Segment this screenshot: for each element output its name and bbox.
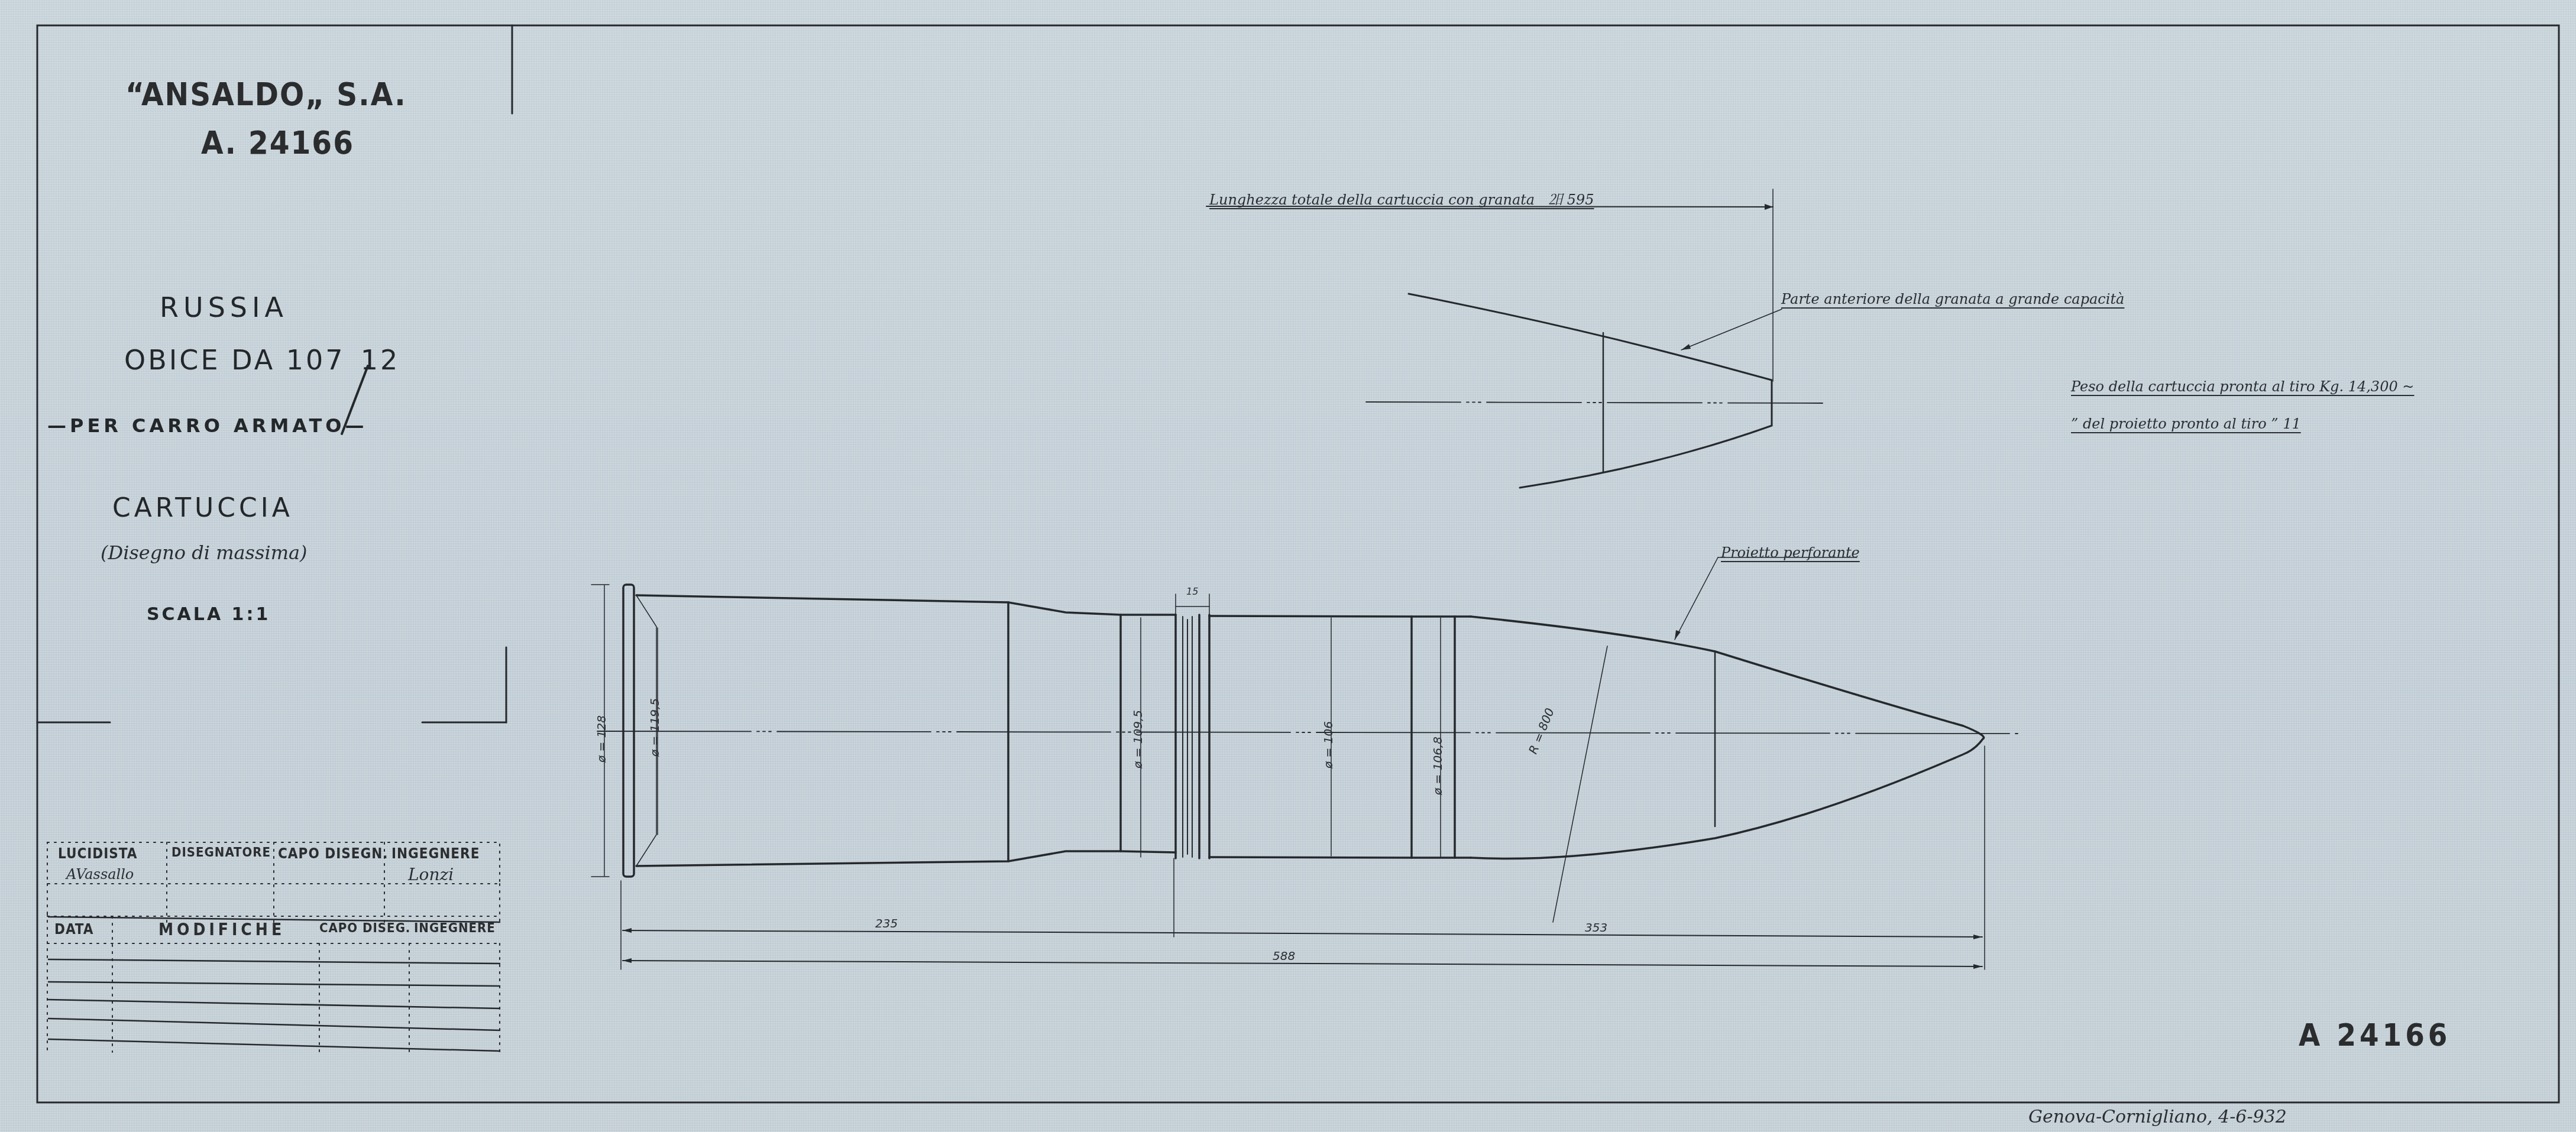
header-modifiche: MODIFICHE <box>158 920 285 939</box>
base-diameter-dim: ø = 119,5 <box>648 698 662 757</box>
total-length-label: Lunghezza totale della cartuccia con gra… <box>1209 188 1594 209</box>
drawing-number-header: A. 24166 <box>201 124 354 161</box>
signature-ingegnere: Lonzi <box>408 865 454 884</box>
neck-diameter-dim: ø = 109,5 <box>1131 710 1145 768</box>
projectile-label: Proietto perforante <box>1721 544 1860 561</box>
band-diameter-dim: ø = 106,8 <box>1431 737 1445 795</box>
weight-cartridge-label: Peso della cartuccia pronta al tiro Kg. … <box>2071 378 2414 395</box>
case-length-dim: 235 <box>875 916 898 930</box>
anterior-part-label: Parte anteriore della granata a grande c… <box>1781 291 2124 307</box>
header-data: DATA <box>54 921 93 938</box>
band-width-dim: 15 <box>1186 586 1198 597</box>
weapon-title-suffix: 12 <box>361 344 400 376</box>
header-ingegnere: INGEGNERE <box>391 845 480 862</box>
part-title: CARTUCCIA <box>112 493 293 523</box>
body-diameter-dim: ø = 106 <box>1321 721 1335 768</box>
cartridge-outline <box>623 585 1984 877</box>
weight-projectile-label: ” del proietto pronto al tiro ” 11 <box>2071 416 2301 432</box>
overall-length-dim: 588 <box>1273 949 1295 963</box>
header-ingegnere-mod: INGEGNERE <box>414 921 496 936</box>
place-date: Genova-Cornigliano, 4-6-932 <box>2028 1107 2287 1127</box>
country-title: RUSSIA <box>160 291 288 323</box>
header-capo-diseg: CAPO DISEG. <box>319 921 410 936</box>
header-disegnatore: DISEGNATORE <box>171 845 271 860</box>
header-capo-disegn: CAPO DISEGN. <box>278 845 389 862</box>
shell-nose-view <box>1409 294 1772 488</box>
drawing-note: (Disegno di massima) <box>101 541 308 564</box>
sheet-border <box>37 25 2559 1102</box>
company-name: “ANSALDO„ S.A. <box>125 76 407 113</box>
signature-lucidista: AVassallo <box>66 866 134 883</box>
diameter-dimensions <box>591 557 1857 922</box>
total-length-text: Lunghezza totale della cartuccia con gra… <box>1209 192 1535 208</box>
weapon-title-prefix: OBICE DA 107 <box>124 344 345 376</box>
rim-diameter-dim: ø = 128 <box>594 715 609 763</box>
projectile-length-dim: 353 <box>1585 920 1607 935</box>
scale-label: SCALA 1:1 <box>147 604 270 625</box>
weapon-title: OBICE DA 10712 <box>124 344 400 376</box>
total-length-value: ㏡ 595 <box>1548 192 1594 208</box>
subtitle: —PER CARRO ARMATO— <box>47 414 368 437</box>
header-lucidista: LUCIDISTA <box>58 845 137 862</box>
drawing-number-footer: A 24166 <box>2299 1018 2451 1053</box>
